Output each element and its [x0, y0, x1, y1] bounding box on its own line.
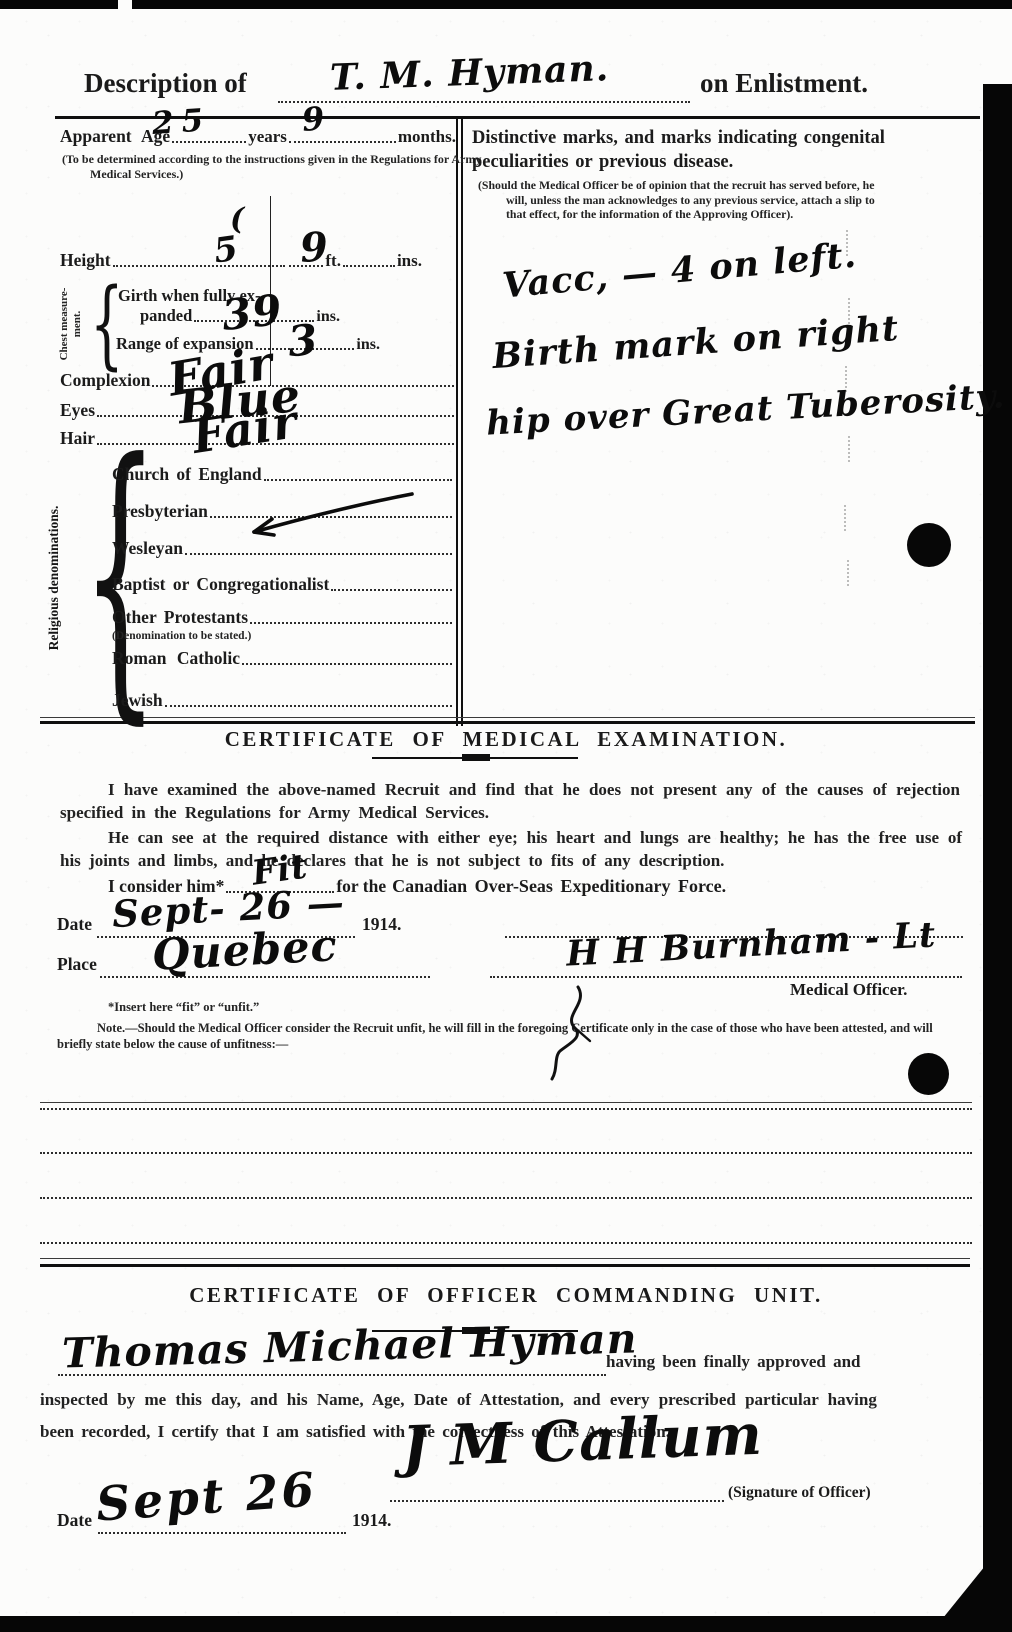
distinctive-marks-heading: Distinctive marks, and marks indicating … — [472, 126, 950, 174]
box-bottom-rule — [40, 721, 975, 724]
blank-line — [40, 1242, 972, 1244]
medical-certificate-title: CERTIFICATE OF MEDICAL EXAMINATION. — [0, 727, 1012, 752]
cmd-date-value-handwritten: Sept 26 — [94, 1462, 318, 1532]
age-years-value-handwritten: 25 — [151, 102, 213, 142]
religion-row: Jewish — [112, 690, 454, 711]
scan-edge-bottom — [0, 1616, 1012, 1632]
med-date-year: 1914. — [362, 914, 401, 935]
dotted-leader — [250, 622, 452, 624]
section-bottom-rule-thin — [40, 1258, 970, 1259]
religion-item-other-protestants: Other Protestants — [112, 607, 248, 628]
distinctive-marks-note: (Should the Medical Officer be of opinio… — [478, 178, 894, 222]
blank-line — [40, 1152, 972, 1154]
medical-paragraph-2: He can see at the required distance with… — [60, 826, 962, 873]
section-bottom-rule — [40, 1264, 970, 1267]
dotted-leader — [289, 141, 396, 143]
attestation-form-page: Description of T. M. Hyman. on Enlistmen… — [0, 0, 1012, 1632]
apparent-age-row: Apparent Age years months. — [60, 126, 456, 147]
cmd-line1-suffix: having been finally approved and — [606, 1350, 976, 1373]
page-title-suffix: on Enlistment. — [700, 68, 868, 99]
religion-item-baptist-or-congregationalist: Baptist or Congregationalist — [112, 574, 329, 595]
religion-row: Baptist or Congregationalist — [112, 574, 454, 595]
dotted-leader — [113, 265, 286, 267]
inches-label: ins. — [397, 251, 422, 271]
scan-edge-corner — [943, 1566, 985, 1618]
hole-punch — [908, 1053, 949, 1095]
girth-unit: ins. — [316, 308, 340, 326]
section-divider-center — [462, 754, 490, 761]
scan-edge-right — [983, 84, 1012, 1632]
range-unit: ins. — [356, 336, 380, 354]
blank-line — [40, 1108, 972, 1110]
age-months-value-handwritten: 9 — [300, 99, 326, 139]
force-name: Canadian Over-Seas Expeditionary Force. — [392, 876, 726, 897]
years-label: years — [248, 127, 287, 147]
girth-label-line2: panded — [140, 306, 192, 326]
hole-punch — [907, 523, 951, 567]
religion-item-roman-catholic: Roman Catholic — [112, 648, 240, 669]
scan-edge-gap — [118, 0, 132, 9]
cmd-recruit-name-handwritten: Thomas Michael Hyman — [61, 1314, 638, 1377]
column-divider — [461, 116, 463, 726]
months-label: months. — [398, 127, 456, 147]
dotted-leader — [100, 976, 430, 978]
title-name-line — [278, 101, 690, 103]
bleed-through-mark — [847, 560, 853, 586]
medical-paragraph-1: I have examined the above-named Recruit … — [60, 778, 960, 825]
officer-signature-line — [390, 1500, 724, 1502]
apparent-age-note: (To be determined according to the instr… — [62, 152, 482, 182]
med-date-label: Date — [57, 914, 92, 935]
scan-edge-top — [0, 0, 1012, 9]
blank-line-rule — [40, 1102, 972, 1103]
cmd-line2: inspected by me this day, and his Name, … — [40, 1388, 972, 1411]
dotted-leader — [172, 141, 246, 143]
blank-line — [40, 1197, 972, 1199]
commanding-certificate-title: CERTIFICATE OF OFFICER COMMANDING UNIT. — [0, 1283, 1012, 1308]
height-inches-value-handwritten: 9 — [298, 223, 330, 272]
dotted-leader — [242, 663, 452, 665]
officer-signature-handwritten: J M Callum — [401, 1402, 764, 1481]
page-title-prefix: Description of — [84, 68, 247, 99]
religion-item-wesleyan: Wesleyan — [112, 538, 183, 559]
dotted-leader — [331, 589, 452, 591]
presbyterian-check-mark — [240, 478, 420, 548]
religion-row: Roman Catholic — [112, 648, 454, 669]
chest-group-label: Chest measure- ment. — [58, 286, 84, 362]
medical-officer-caption: Medical Officer. — [790, 980, 907, 1000]
pen-squiggle — [530, 985, 620, 1085]
officer-signature-caption: (Signature of Officer) — [728, 1484, 871, 1502]
girth-value-handwritten: 39 — [220, 285, 285, 340]
dotted-leader — [185, 553, 452, 555]
fit-footnote: *Insert here “fit” or “unfit.” — [108, 1000, 259, 1016]
religion-other-note: (Denomination to be stated.) — [112, 629, 251, 643]
dotted-leader — [343, 265, 395, 267]
recruit-name-handwritten: T. M. Hyman. — [329, 47, 609, 99]
cmd-date-label: Date — [57, 1510, 92, 1531]
religion-item-presbyterian: Presbyterian — [112, 501, 208, 522]
marks-handwritten-line1: Vacc, — 4 on left. — [501, 235, 859, 307]
bleed-through-mark — [848, 436, 854, 462]
box-bottom-rule-thin — [40, 717, 975, 718]
medical-officer-signature-handwritten: H H Burnham - Lt — [565, 914, 937, 974]
cmd-date-year: 1914. — [352, 1510, 391, 1531]
bleed-through-mark — [844, 505, 850, 531]
dotted-leader — [165, 705, 452, 707]
range-value-handwritten: 3 — [286, 315, 320, 366]
dotted-leader — [98, 1532, 346, 1534]
column-divider — [456, 116, 458, 726]
marks-handwritten-line3: hip over Great Tuberosity. — [485, 376, 1006, 443]
med-place-value-handwritten: Quebec — [151, 921, 339, 981]
medical-note: Note.—Should the Medical Officer conside… — [57, 1021, 965, 1052]
med-place-label: Place — [57, 954, 97, 975]
religion-group-label: Religious denominations. — [46, 492, 62, 664]
complexion-label: Complexion — [60, 370, 150, 391]
dotted-leader — [490, 976, 962, 978]
religion-row: Other Protestants — [112, 607, 454, 628]
marks-handwritten-line2: Birth mark on right — [491, 308, 900, 377]
religion-item-jewish: Jewish — [112, 690, 163, 711]
